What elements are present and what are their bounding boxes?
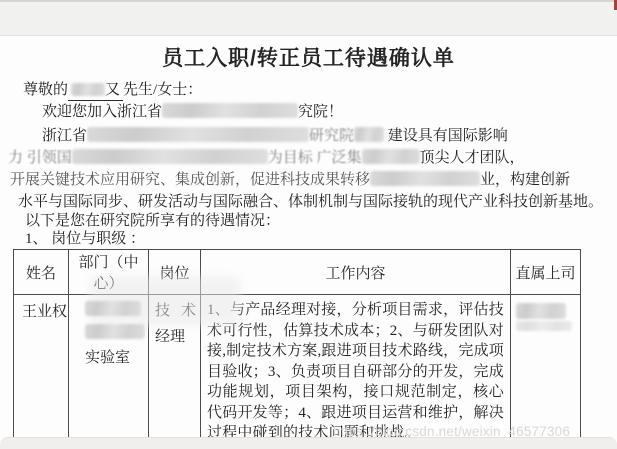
header-duties: 工作内容 bbox=[201, 250, 511, 295]
redaction-blur bbox=[362, 149, 420, 164]
intro-l1-start: 浙江省 bbox=[42, 128, 87, 144]
salutation-line: 尊敬的又先生/女士： bbox=[23, 81, 202, 101]
salutation-prefix: 尊敬的 bbox=[23, 82, 68, 98]
header-department: 部门（中心） bbox=[69, 250, 149, 295]
cell-position: 技术经理 bbox=[149, 295, 201, 447]
cell-employee-name: 王业权 bbox=[14, 295, 69, 447]
intro-line-2: 力 引领国为目标 广泛集顶尖人才团队， bbox=[8, 149, 525, 168]
intro-l3-main: 开展关键技术应用研究、集成创新，促进科技成果转移 bbox=[10, 172, 370, 188]
redaction-blur bbox=[85, 301, 141, 316]
viewer-bottom-bar bbox=[0, 437, 617, 449]
salutation-suffix: 先生/女士： bbox=[123, 82, 202, 98]
section-1-heading: 1、 岗位与职级 ： bbox=[25, 230, 145, 249]
header-name: 姓名 bbox=[14, 250, 69, 295]
viewer-top-bar bbox=[0, 0, 617, 36]
redaction-blur bbox=[516, 321, 572, 331]
redaction-blur bbox=[71, 83, 105, 96]
welcome-suffix: 究院！ bbox=[298, 104, 343, 120]
position-table: 姓名 部门（中心） 岗位 工作内容 直属上司 王业权 实验室 技术经理 1、与产… bbox=[13, 249, 581, 447]
welcome-line: 欢迎您加入浙江省究院！ bbox=[42, 103, 343, 122]
redaction-blur bbox=[516, 303, 566, 319]
recipient-name-redacted: 又 bbox=[68, 81, 123, 101]
redaction-blur bbox=[370, 171, 480, 186]
intro-l2-faint-a: 力 引领国 bbox=[8, 150, 72, 166]
redaction-blur bbox=[354, 127, 384, 142]
header-position: 岗位 bbox=[149, 250, 201, 295]
header-supervisor: 直属上司 bbox=[511, 250, 581, 295]
intro-l2-end: 顶尖人才团队， bbox=[420, 150, 525, 166]
redaction-blur bbox=[85, 324, 145, 339]
redaction-blur bbox=[72, 149, 268, 164]
intro-line-3: 开展关键技术应用研究、集成创新，促进科技成果转移业，构建创新 bbox=[10, 171, 570, 190]
intro-line-4: 水平与国际同步、研发活动与国际融合、体制机制与国际接轨的现代产业科技创新基地。 bbox=[18, 193, 603, 212]
document-title: 员工入职/转正员工待遇确认单 bbox=[0, 42, 617, 72]
screenshot-root: 员工入职/转正员工待遇确认单 尊敬的又先生/女士： 欢迎您加入浙江省究院！ 浙江… bbox=[0, 0, 617, 449]
intro-l1-end: 建设具有国际影响 bbox=[388, 128, 508, 144]
intro-l2-faint-b: 为目标 广泛集 bbox=[268, 150, 362, 166]
intro-line-1: 浙江省研究院 建设具有国际影响 bbox=[42, 127, 508, 146]
redaction-blur bbox=[87, 127, 309, 142]
redaction-blur bbox=[162, 103, 298, 118]
intro-l1-faint: 研究院 bbox=[309, 128, 354, 144]
cell-department: 实验室 bbox=[69, 295, 149, 447]
welcome-prefix: 欢迎您加入浙江省 bbox=[42, 104, 162, 120]
intro-l3-end: 业，构建创新 bbox=[480, 172, 570, 188]
benefits-intro-line: 以下是您在研究院所享有的待遇情况： bbox=[25, 212, 280, 231]
position-table-wrap: 姓名 部门（中心） 岗位 工作内容 直属上司 王业权 实验室 技术经理 1、与产… bbox=[13, 249, 580, 447]
cell-department-visible: 实验室 bbox=[85, 346, 148, 367]
table-header-row: 姓名 部门（中心） 岗位 工作内容 直属上司 bbox=[14, 250, 581, 295]
recipient-name-visible-char: 又 bbox=[105, 82, 120, 98]
